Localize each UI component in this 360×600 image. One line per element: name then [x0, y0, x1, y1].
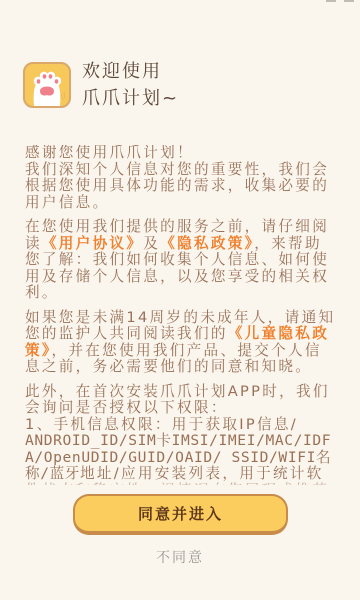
user-agreement-link[interactable]: 《用户协议》: [42, 235, 143, 252]
agree-and-enter-button[interactable]: 同意并进入: [73, 494, 288, 535]
welcome-text: 欢迎使用: [82, 58, 179, 85]
disagree-button[interactable]: 不同意: [130, 547, 230, 567]
app-name: 爪爪计划~: [82, 85, 179, 112]
paragraph-minors: 如果您是未满14周岁的未成年人，请通知您的监护人共同阅读我们的《儿童隐私政策》，…: [25, 310, 337, 376]
paragraph-thanks: 感谢您使用爪爪计划！ 我们深知个人信息对您的重要性，我们会根据您使用具体功能的需…: [25, 145, 337, 211]
paragraph-permissions: 此外，在首次安装爪爪计划APP时，我们会询问是否授权以下权限： 1、手机信息权限…: [25, 384, 337, 486]
privacy-agreement-text[interactable]: 感谢您使用爪爪计划！ 我们深知个人信息对您的重要性，我们会根据您使用具体功能的需…: [25, 145, 337, 485]
scroll-fade: [0, 478, 360, 490]
welcome-header: 欢迎使用 爪爪计划~: [23, 58, 179, 112]
cat-paw-icon: [23, 62, 71, 108]
status-bar: [326, 0, 354, 2]
privacy-policy-link[interactable]: 《隐私政策》: [160, 235, 254, 252]
signal-icon: [326, 0, 336, 2]
paragraph-read-policies: 在您使用我们提供的服务之前，请仔细阅读《用户协议》及《隐私政策》，来帮助您了解：…: [25, 219, 337, 302]
battery-icon: [344, 0, 354, 2]
